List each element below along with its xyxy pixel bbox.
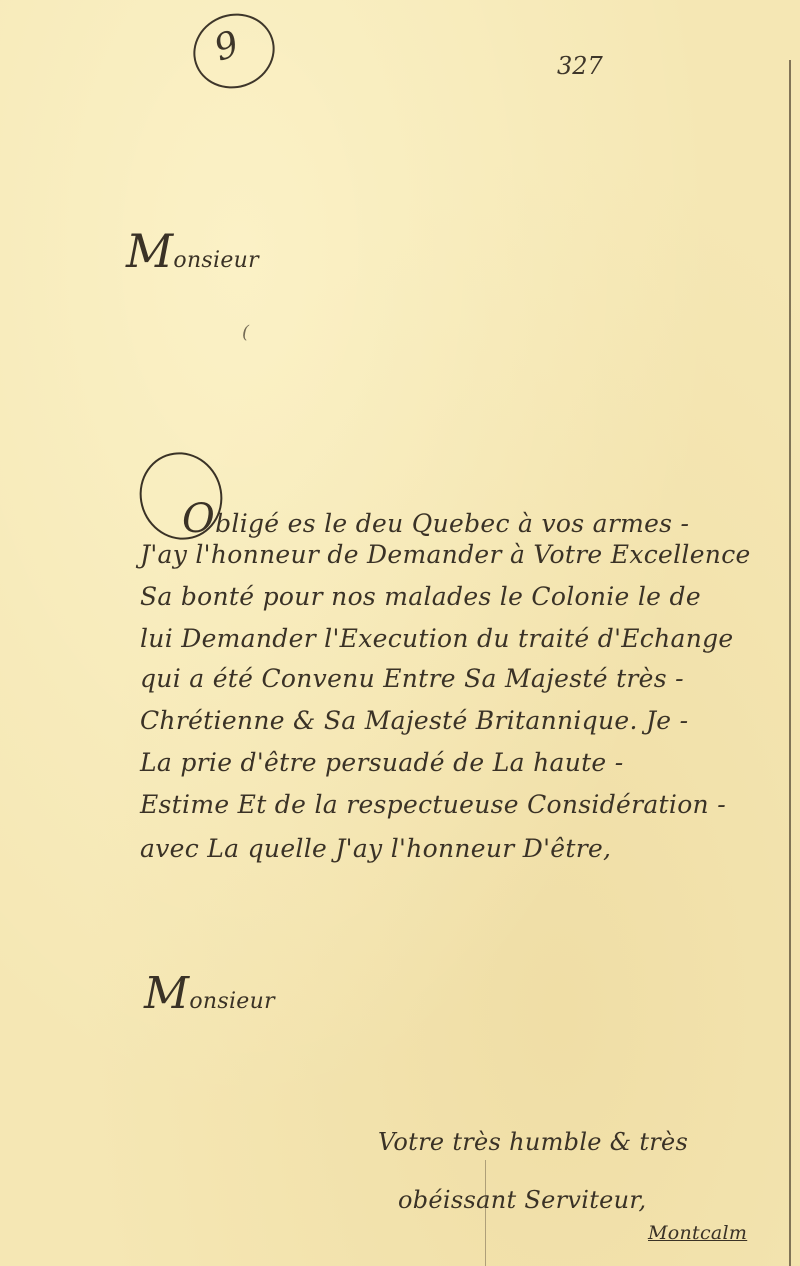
stray-ink-mark: ( (242, 322, 249, 343)
body-line-7: La prie d'être persuadé de La haute - (140, 748, 624, 777)
closing-salutation: Monsieur (144, 968, 275, 1019)
circled-number-mark: 9 (184, 3, 285, 99)
signature-line-1: Votre très humble & très (378, 1128, 688, 1156)
body-line-9: avec La quelle J'ay l'honneur D'être, (140, 834, 611, 863)
body-line-5: qui a été Convenu Entre Sa Majesté très … (140, 664, 684, 693)
body-line-6: Chrétienne & Sa Majesté Britannique. Je … (140, 706, 688, 735)
salutation-initial: M (126, 224, 173, 278)
folio-number: 327 (557, 52, 603, 80)
manuscript-page: 9 327 Monsieur ( Obligé es le deu Quebec… (0, 0, 800, 1266)
salutation: Monsieur (126, 224, 259, 278)
body-line-2: J'ay l'honneur de Demander à Votre Excel… (140, 540, 751, 569)
page-edge-line (789, 60, 791, 1266)
closing-initial: M (144, 968, 189, 1019)
body-line-4: lui Demander l'Execution du traité d'Ech… (140, 624, 734, 653)
signature-line-2: obéissant Serviteur, (398, 1186, 646, 1214)
body-line-3: Sa bonté pour nos malades le Colonie le … (140, 582, 701, 611)
circled-number: 9 (209, 23, 243, 69)
signature: Montcalm (648, 1222, 747, 1244)
body-line-1: Obligé es le deu Quebec à vos armes - (182, 496, 689, 542)
body-line-8: Estime Et de la respectueuse Considérati… (140, 790, 726, 819)
body-initial: O (182, 496, 215, 542)
closing-rest: onsieur (189, 989, 275, 1014)
salutation-rest: onsieur (173, 248, 259, 273)
